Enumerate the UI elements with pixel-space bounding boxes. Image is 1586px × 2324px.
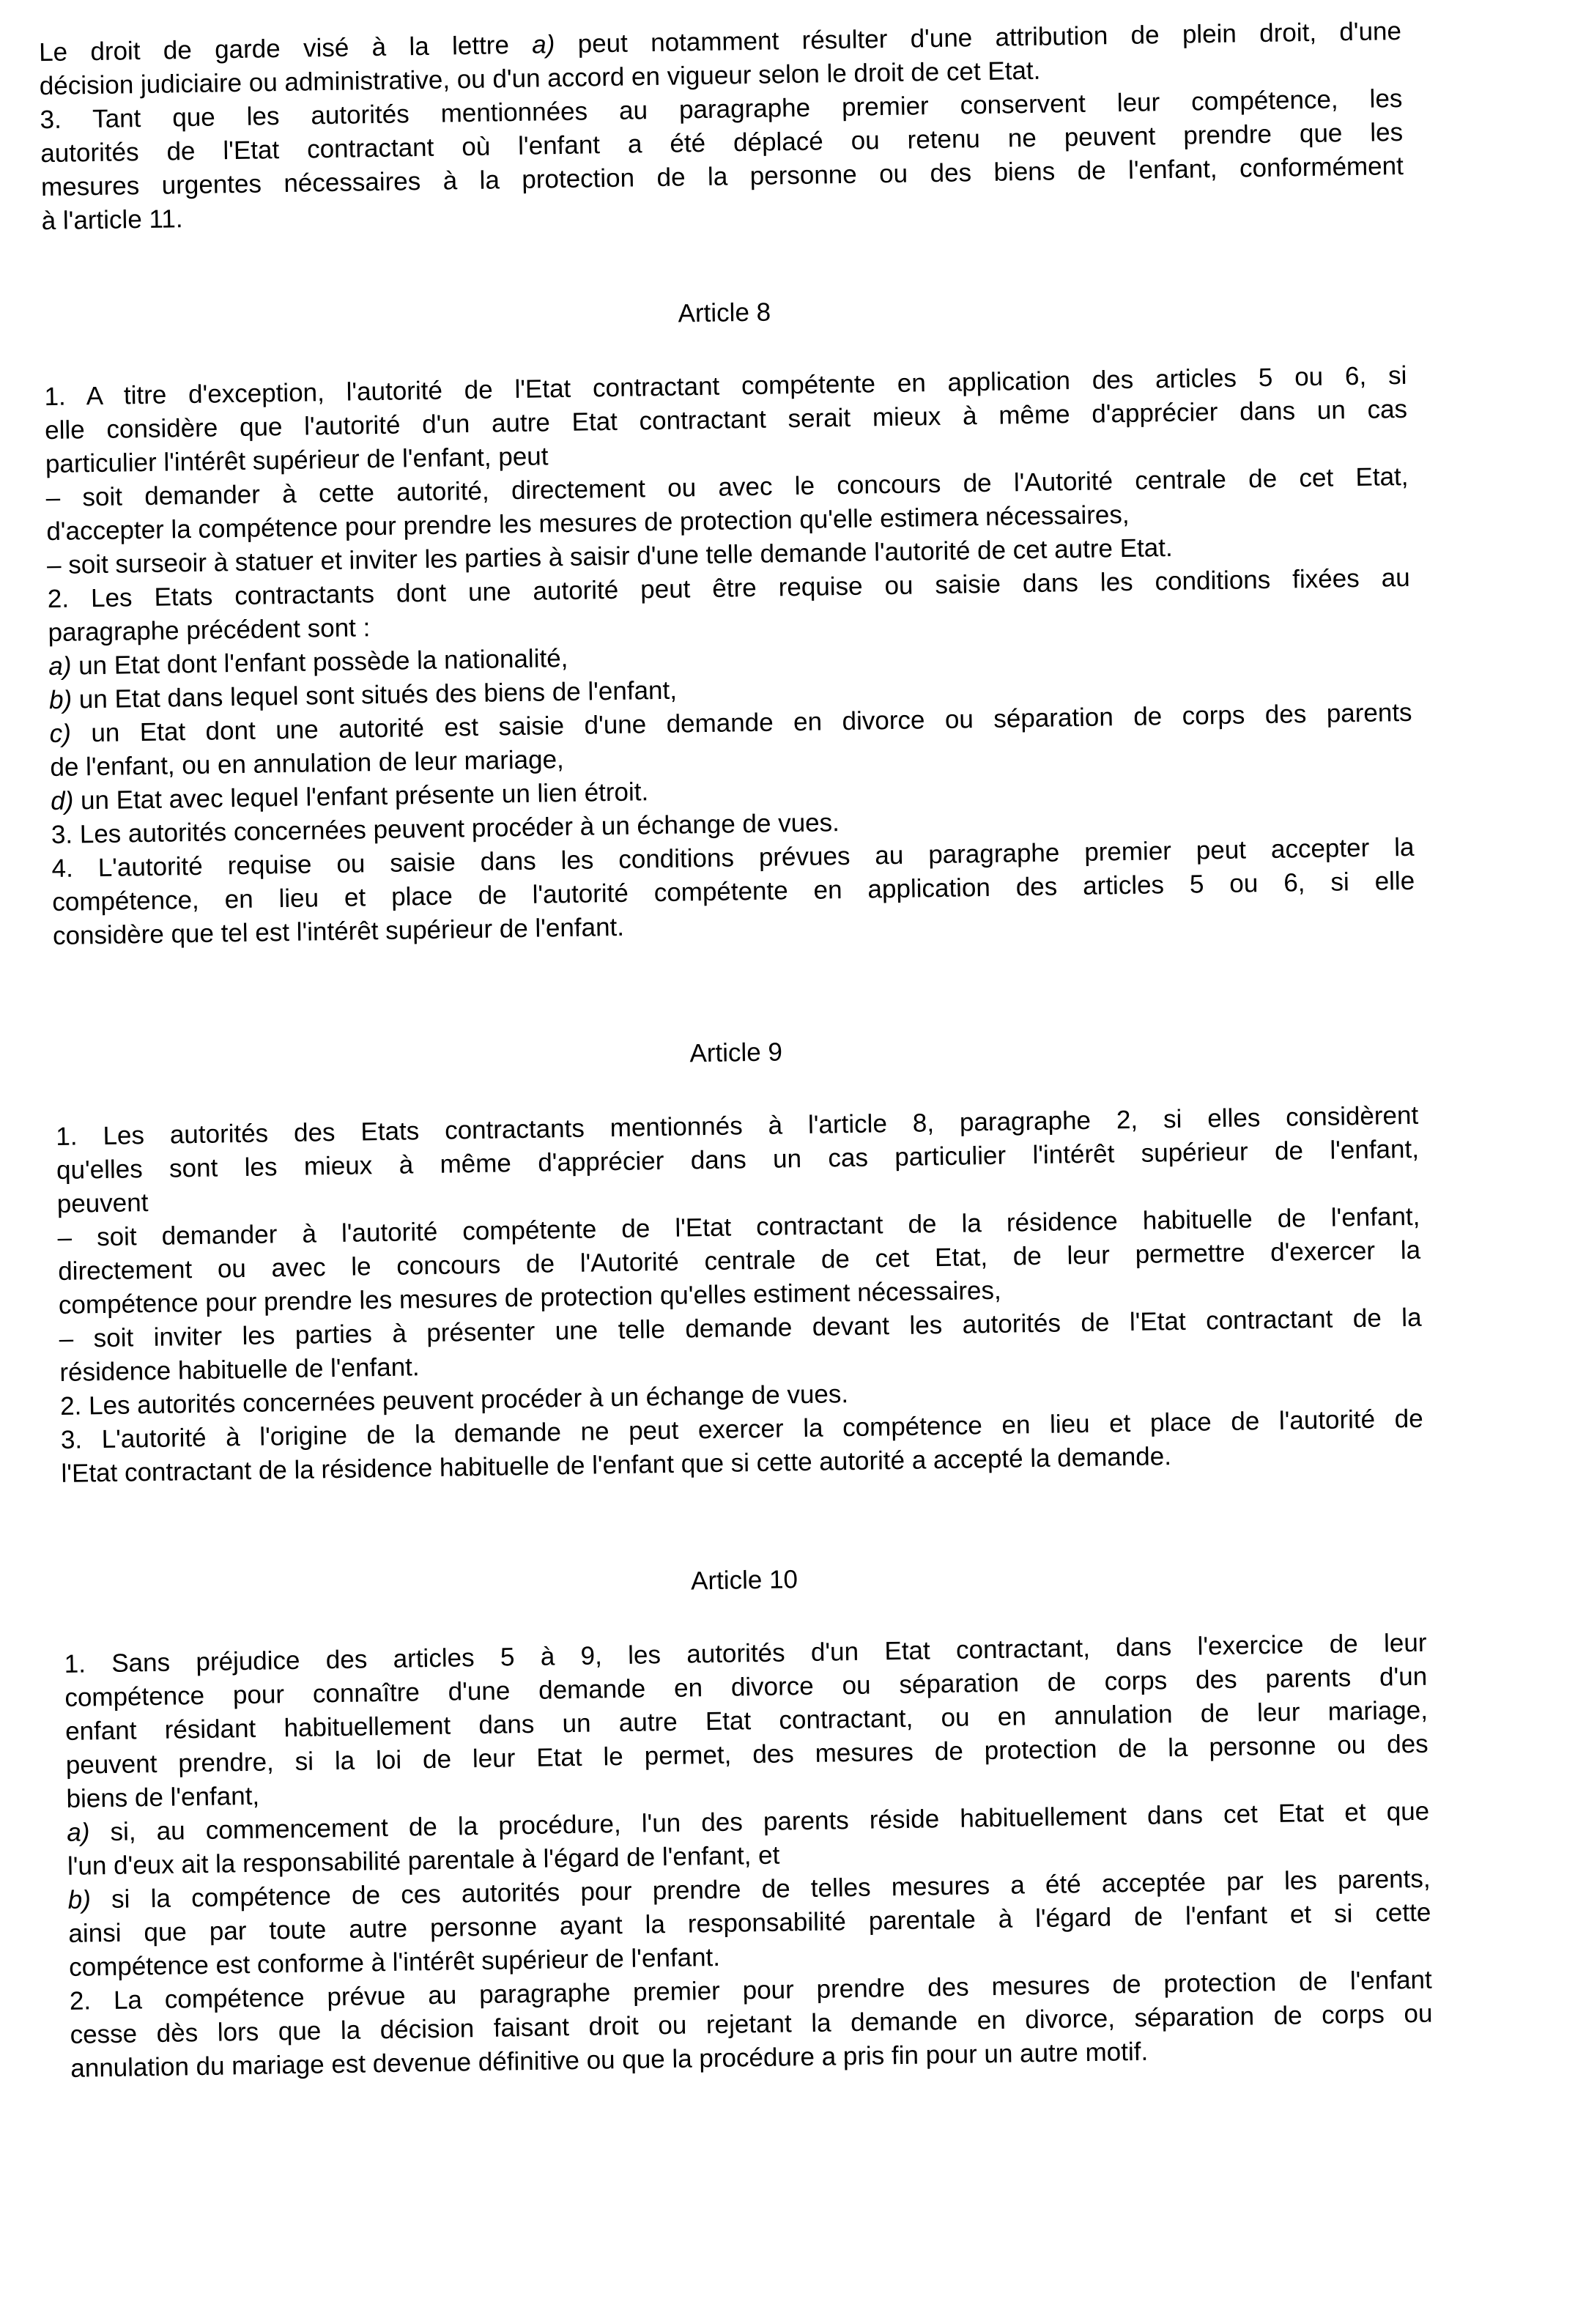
list-marker: b) xyxy=(67,1885,91,1914)
list-marker: a) xyxy=(67,1818,90,1846)
italic-marker: a) xyxy=(532,30,555,59)
document-page: Le droit de garde visé à la lettre a) pe… xyxy=(0,0,1586,2324)
article-10-heading: Article 10 xyxy=(63,1553,1426,1608)
article-8-body: 1. A titre d'exception, l'autorité de l'… xyxy=(44,359,1415,953)
article-9-heading: Article 9 xyxy=(54,1026,1417,1081)
article-9-body: 1. Les autorités des Etats contractants … xyxy=(56,1099,1424,1491)
list-marker: b) xyxy=(49,686,73,714)
list-marker: d) xyxy=(51,787,74,815)
article-8-heading: Article 8 xyxy=(43,286,1406,341)
article-10-body: 1. Sans préjudice des articles 5 à 9, le… xyxy=(64,1627,1433,2086)
list-marker: c) xyxy=(49,719,71,748)
intro-paragraph: Le droit de garde visé à la lettre a) pe… xyxy=(39,15,1404,238)
list-marker: a) xyxy=(48,652,72,681)
